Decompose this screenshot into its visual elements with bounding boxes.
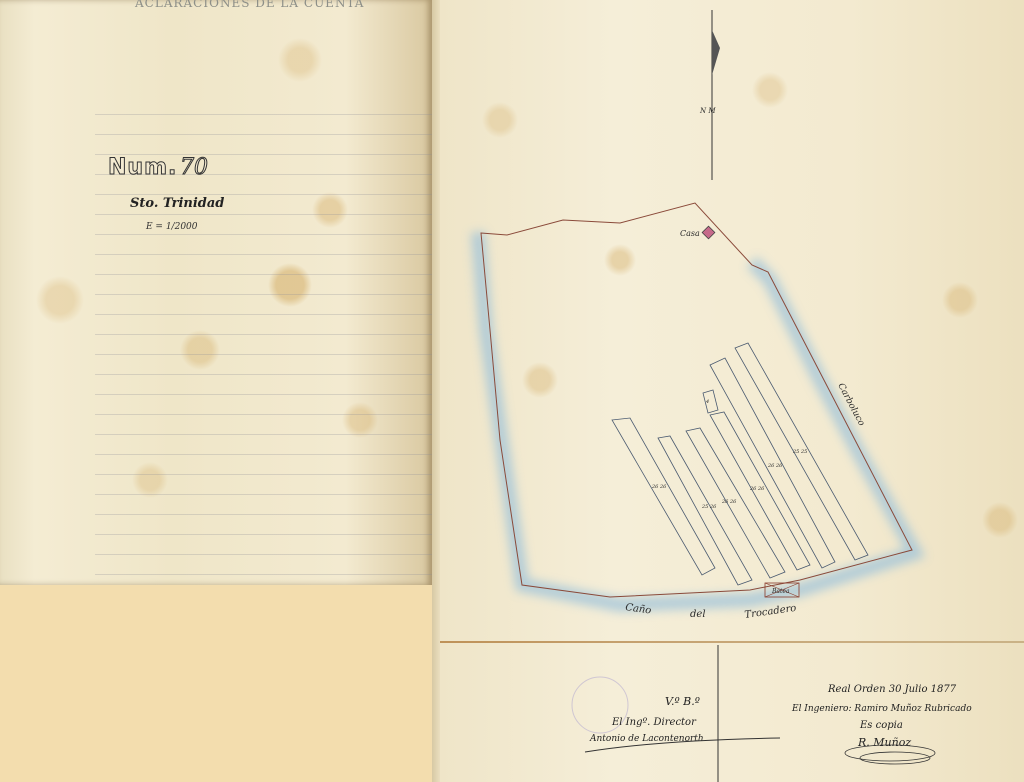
house-label: Casa [680,229,700,238]
signature: R. Muñoz [857,736,911,749]
water-shading [478,232,915,605]
river-label-cano: Caño [625,602,652,617]
signature-loop [860,752,930,764]
svg-text:26 26: 26 26 [767,463,783,469]
north-arrow-icon: N M [699,10,720,180]
copy-label: Es copia [859,720,903,731]
river-label-del: del [690,609,706,620]
house-icon [702,226,715,239]
svg-text:26 26: 26 26 [651,484,667,490]
north-label: N M [699,107,716,115]
plot-map: N M Casa 26 26 25 26 26 26 26 26 26 26 2… [0,0,1024,782]
svg-text:26 26: 26 26 [721,499,737,505]
director-signature: Antonio de Lacontenorth [589,734,704,744]
svg-text:26 26: 26 26 [749,486,765,492]
plot-strips [612,343,868,585]
svg-text:25 25: 25 25 [792,449,807,455]
director-title: El Ingº. Director [611,717,697,728]
engineer-line: El Ingeniero: Ramiro Muñoz Rubricado [791,704,972,714]
svg-text:25 26: 25 26 [701,504,717,510]
batea-label: Batea [771,588,790,595]
plot-numbers: 26 26 25 26 26 26 26 26 26 26 25 25 4 [651,399,807,510]
vb-label: V.º B.º [665,695,700,708]
svg-text:4: 4 [705,399,709,405]
approval-line: Real Orden 30 Julio 1877 [827,684,957,695]
